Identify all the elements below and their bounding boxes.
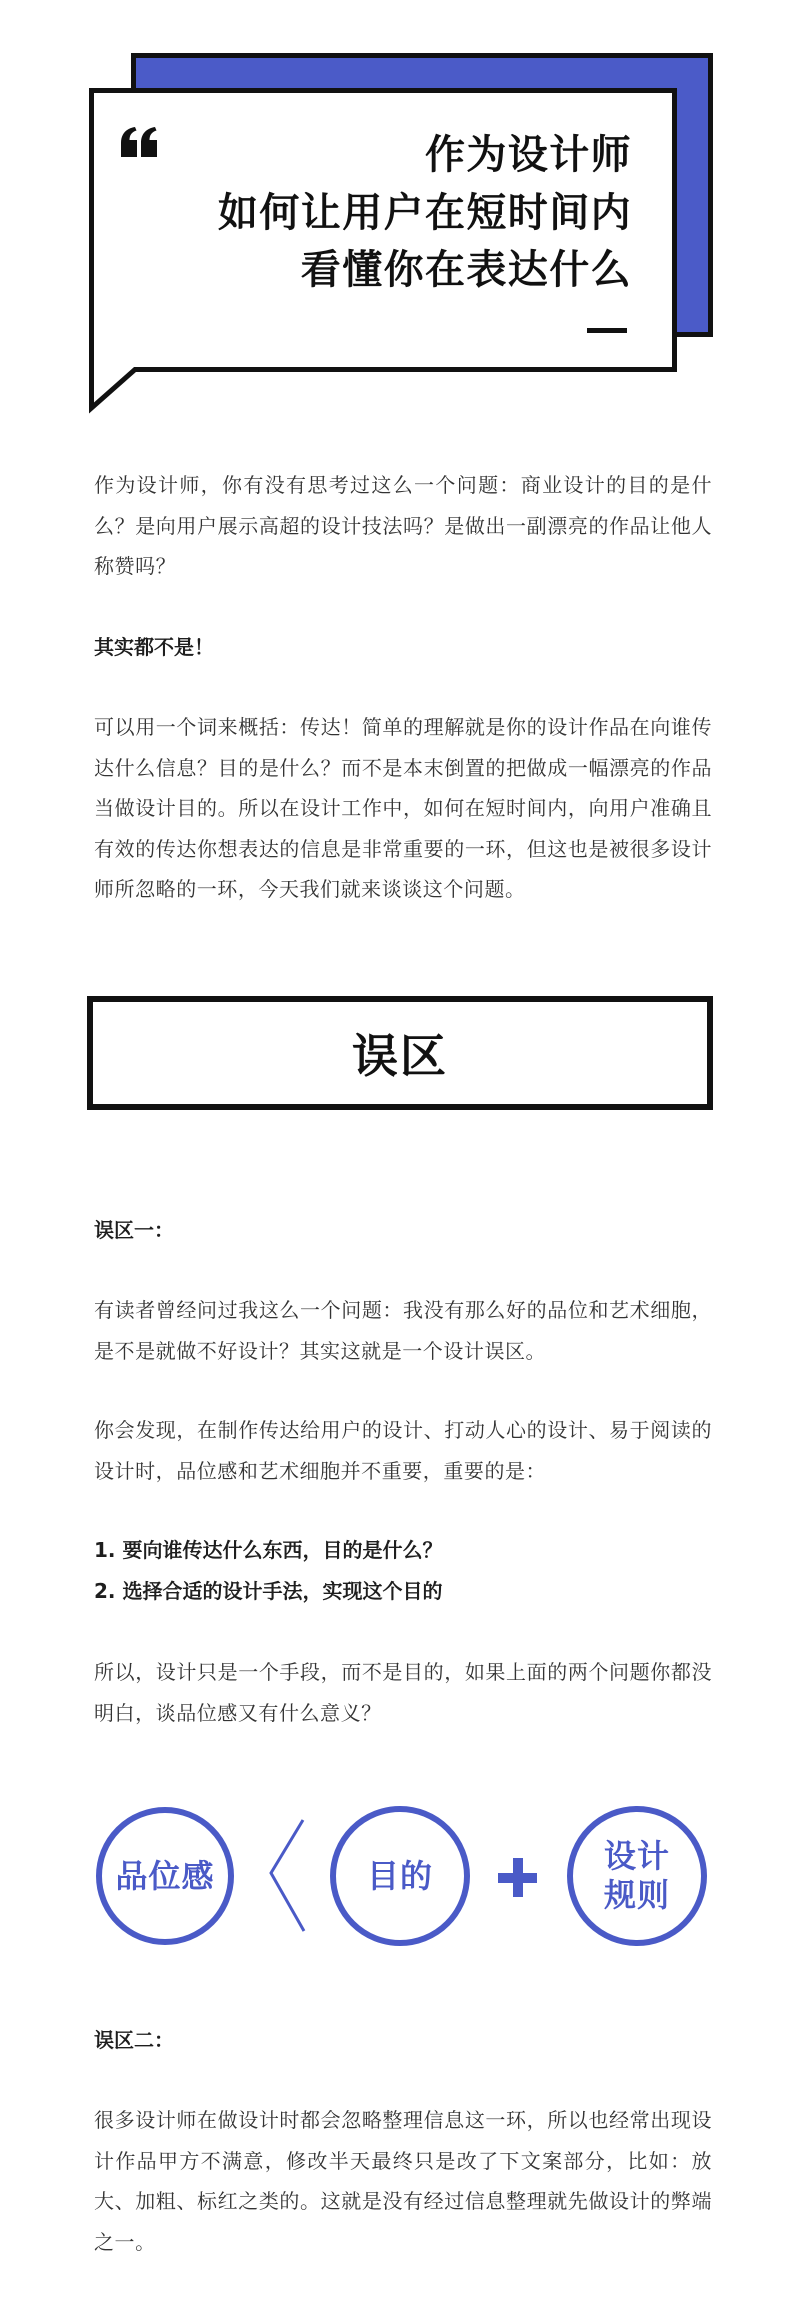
text-line: 达什么信息？目的是什么？而不是本末倒置的把做成一幅漂亮的作品 — [94, 748, 712, 789]
text-line: 你会发现，在制作传达给用户的设计、打动人心的设计、易于阅读的 — [94, 1410, 712, 1451]
text-line: 师所忽略的一环，今天我们就来谈谈这个问题。 — [94, 869, 712, 910]
text-line: 设计时，品位感和艺术细胞并不重要，重要的是： — [94, 1451, 712, 1492]
myth-1-paragraph-3: 所以，设计只是一个手段，而不是目的，如果上面的两个问题你都没 明白，谈品位感又有… — [94, 1652, 712, 1733]
title-line: 如何让用户在短时间内 — [152, 185, 632, 243]
text-line: 是不是就做不好设计？其实这就是一个设计误区。 — [94, 1331, 712, 1372]
myth-1-label: 误区一： — [94, 1210, 712, 1251]
list-item: 2. 选择合适的设计手法，实现这个目的 — [94, 1571, 712, 1612]
text-line: 很多设计师在做设计时都会忽略整理信息这一环，所以也经常出现设 — [94, 2100, 712, 2141]
title-line: 作为设计师 — [152, 127, 632, 185]
article-page: 作为设计师 如何让用户在短时间内 看懂你在表达什么 作为设计师，你有没有思考过这… — [0, 0, 800, 2307]
myth-1-key-points-list: 1. 要向谁传达什么东西，目的是什么？ 2. 选择合适的设计手法，实现这个目的 — [94, 1530, 712, 1611]
circle-label: 品位感 — [115, 1857, 214, 1896]
page-title: 作为设计师 如何让用户在短时间内 看懂你在表达什么 — [152, 127, 632, 300]
text-line: 称赞吗？ — [94, 546, 712, 587]
text-line: 当做设计目的。所以在设计工作中，如何在短时间内，向用户准确且 — [94, 788, 712, 829]
intro-paragraph-1: 作为设计师，你有没有思考过这么一个问题：商业设计的目的是什 么？是向用户展示高超… — [94, 465, 712, 587]
dash-icon — [587, 328, 627, 333]
intro-paragraph-2: 可以用一个词来概括：传达！简单的理解就是你的设计作品在向谁传 达什么信息？目的是… — [94, 707, 712, 910]
text-line: 计作品甲方不满意，修改半天最终只是改了下文案部分，比如：放 — [94, 2141, 712, 2182]
circle-taste: 品位感 — [96, 1807, 234, 1945]
text-line: 大、加粗、标红之类的。这就是没有经过信息整理就先做设计的弊端 — [94, 2181, 712, 2222]
text-line: 可以用一个词来概括：传达！简单的理解就是你的设计作品在向谁传 — [94, 707, 712, 748]
emphasis-line: 其实都不是！ — [94, 627, 712, 668]
circle-label: 目的 — [367, 1857, 433, 1896]
less-than-chevron-icon — [260, 1812, 316, 1940]
text-line: 明白，谈品位感又有什么意义？ — [94, 1693, 712, 1734]
circle-label-line: 设计 — [604, 1837, 670, 1876]
list-item: 1. 要向谁传达什么东西，目的是什么？ — [94, 1530, 712, 1571]
myth-1-paragraph-1: 有读者曾经问过我这么一个问题：我没有那么好的品位和艺术细胞， 是不是就做不好设计… — [94, 1290, 712, 1371]
circle-design-rules: 设计 规则 — [567, 1806, 707, 1946]
title-line: 看懂你在表达什么 — [152, 242, 632, 300]
circle-label-line: 规则 — [604, 1876, 670, 1915]
myth-label-text: 误区二： — [94, 2020, 712, 2061]
emphasis-text: 其实都不是！ — [94, 627, 712, 668]
myth-1-paragraph-2: 你会发现，在制作传达给用户的设计、打动人心的设计、易于阅读的 设计时，品位感和艺… — [94, 1410, 712, 1491]
text-line: 之一。 — [94, 2222, 712, 2263]
myth-label-text: 误区一： — [94, 1210, 712, 1251]
circle-purpose: 目的 — [330, 1806, 470, 1946]
section-title: 误区 — [352, 1020, 448, 1086]
text-line: 有效的传达你想表达的信息是非常重要的一环，但这也是被很多设计 — [94, 829, 712, 870]
myth-2-label: 误区二： — [94, 2020, 712, 2061]
text-line: 所以，设计只是一个手段，而不是目的，如果上面的两个问题你都没 — [94, 1652, 712, 1693]
text-line: 么？是向用户展示高超的设计技法吗？是做出一副漂亮的作品让他人 — [94, 506, 712, 547]
section-heading-box: 误区 — [87, 996, 713, 1110]
plus-icon — [498, 1858, 537, 1897]
text-line: 作为设计师，你有没有思考过这么一个问题：商业设计的目的是什 — [94, 465, 712, 506]
myth-2-paragraph-1: 很多设计师在做设计时都会忽略整理信息这一环，所以也经常出现设 计作品甲方不满意，… — [94, 2100, 712, 2262]
text-line: 有读者曾经问过我这么一个问题：我没有那么好的品位和艺术细胞， — [94, 1290, 712, 1331]
